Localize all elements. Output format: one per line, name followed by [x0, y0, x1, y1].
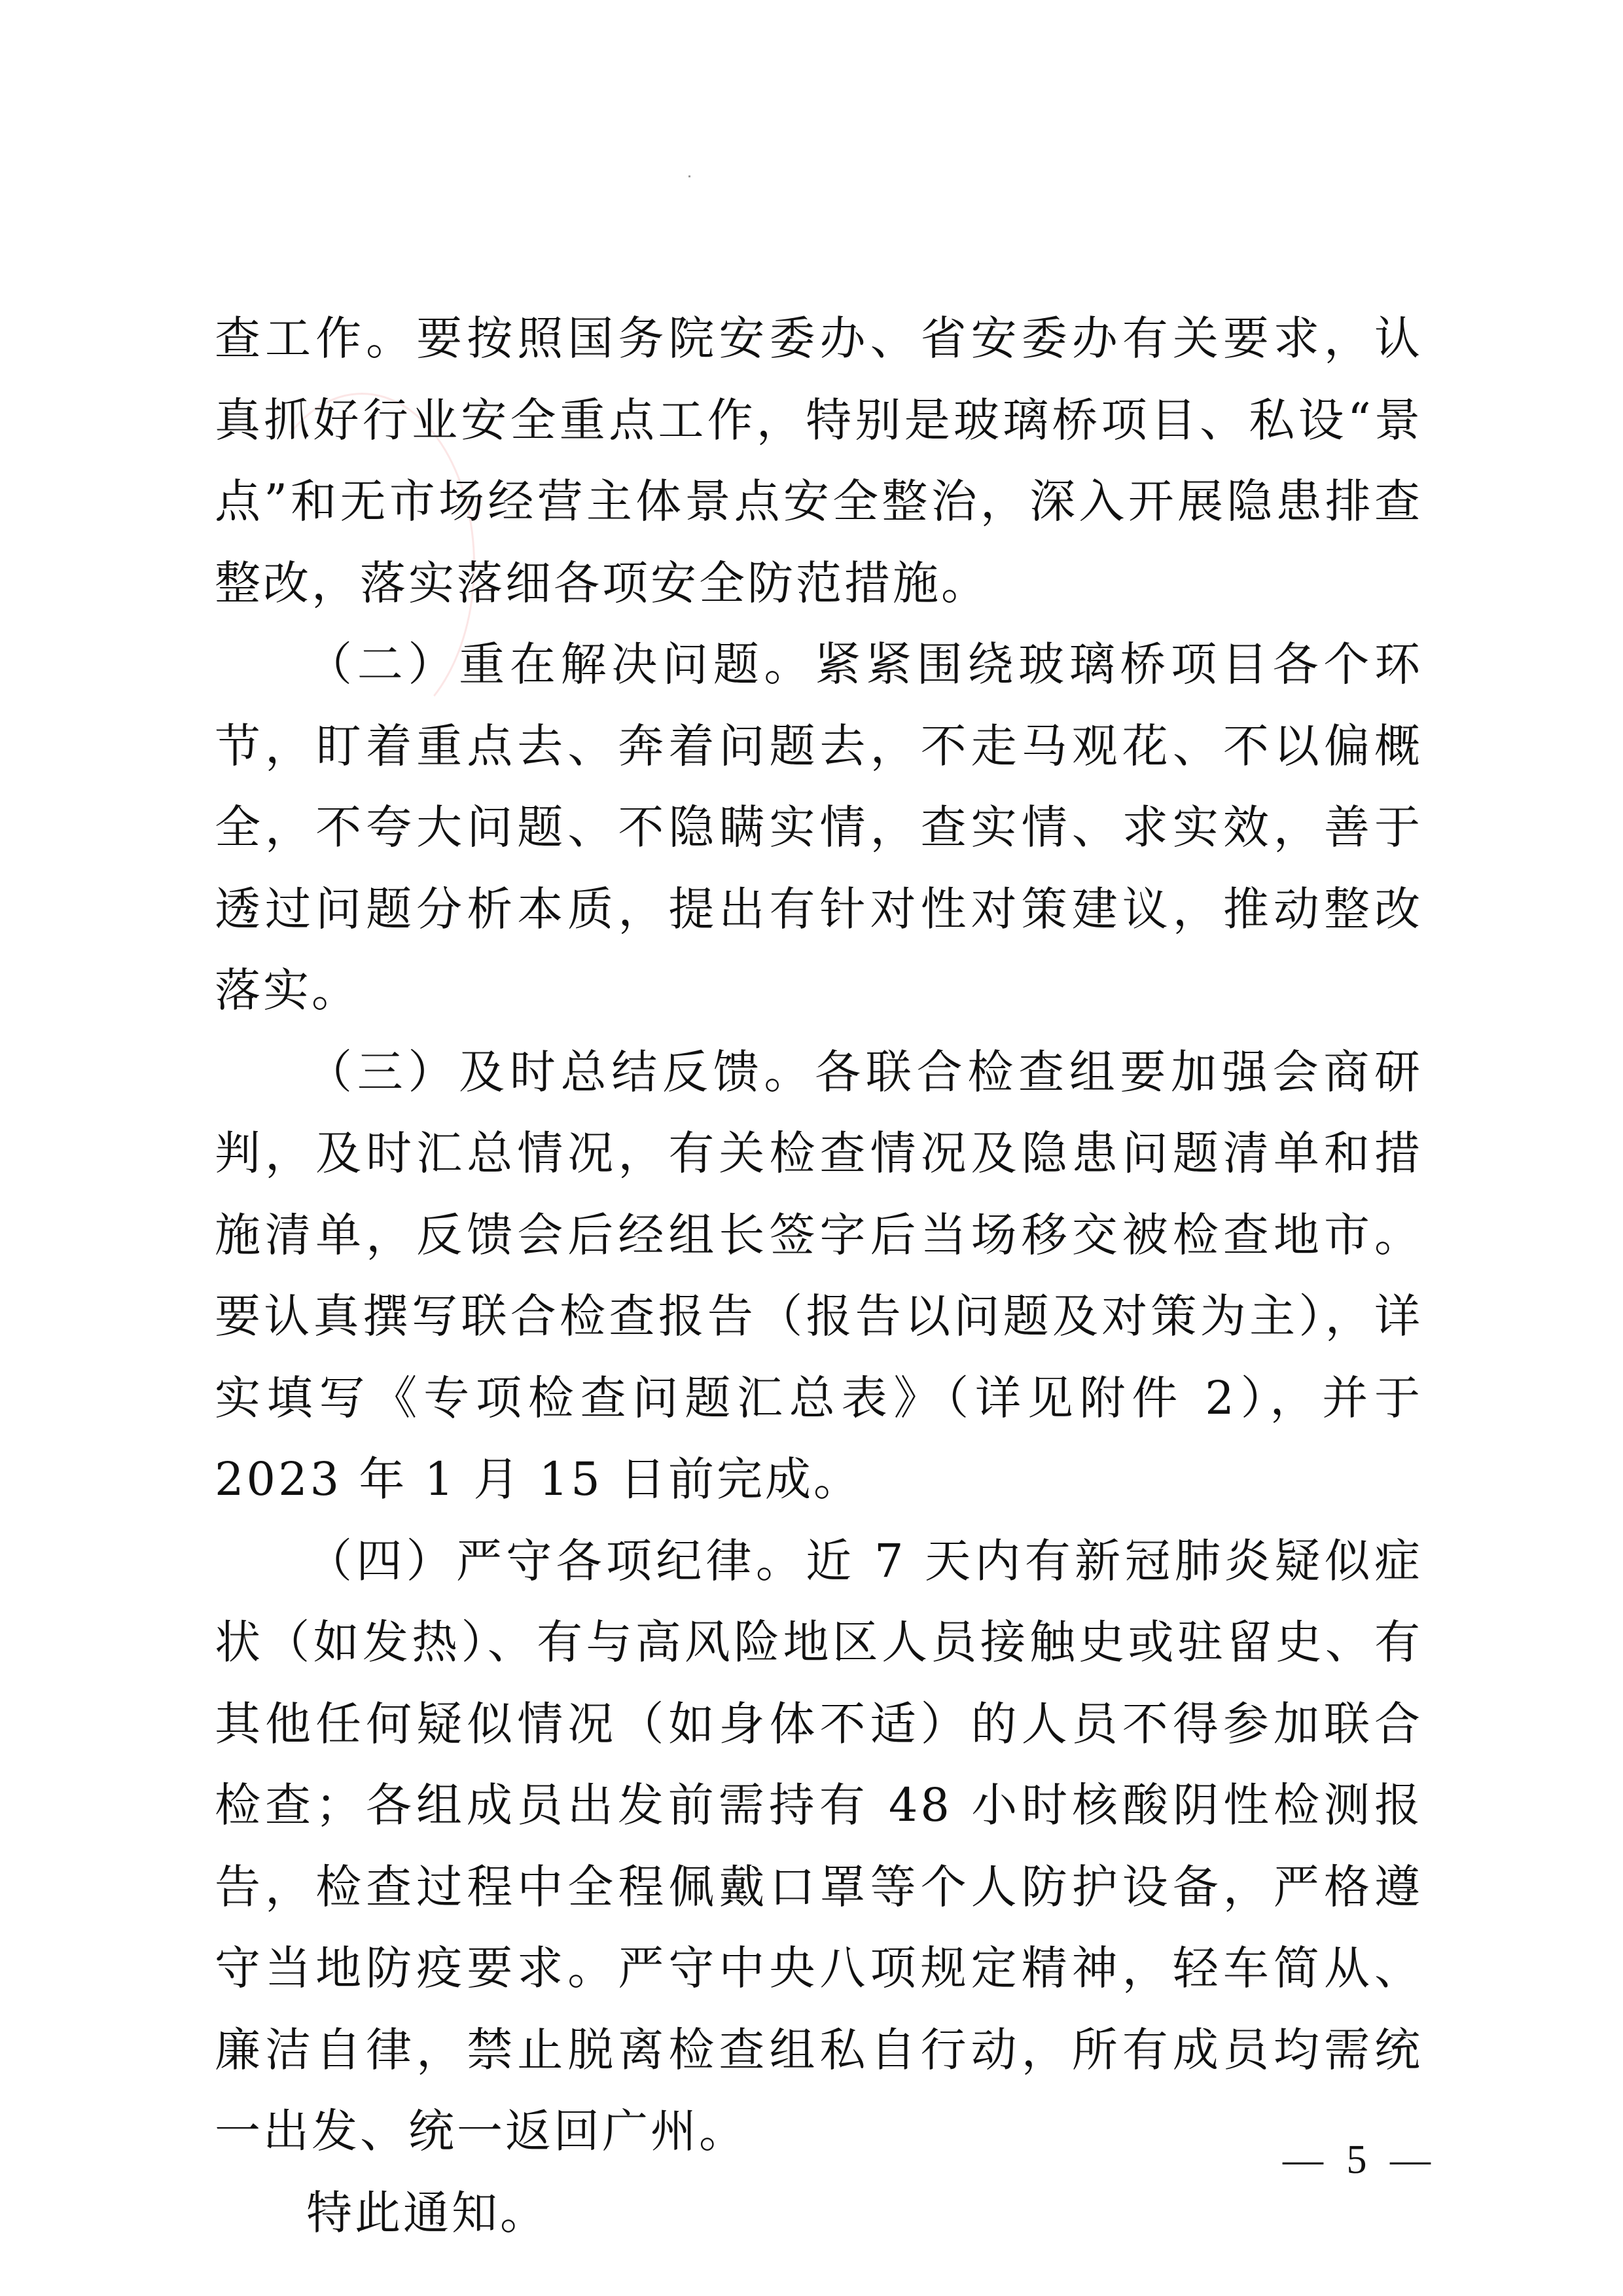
paragraph-section-3: （三）及时总结反馈。各联合检查组要加强会商研判，及时汇总情况，有关检查情况及隐患… [215, 1031, 1423, 1520]
closing-notice: 特此通知。 [215, 2172, 1423, 2254]
document-page: 查工作。要按照国务院安委办、省安委办有关要求，认真抓好行业安全重点工作，特别是玻… [0, 0, 1623, 2296]
paragraph-continuation: 查工作。要按照国务院安委办、省安委办有关要求，认真抓好行业安全重点工作，特别是玻… [215, 298, 1423, 624]
paragraph-section-4: （四）严守各项纪律。近 7 天内有新冠肺炎疑似症状（如发热）、有与高风险地区人员… [215, 1520, 1423, 2172]
document-body: 查工作。要按照国务院安委办、省安委办有关要求，认真抓好行业安全重点工作，特别是玻… [215, 298, 1423, 2253]
page-number: — 5 — [1283, 2137, 1437, 2183]
paragraph-section-2: （二）重在解决问题。紧紧围绕玻璃桥项目各个环节，盯着重点去、奔着问题去，不走马观… [215, 624, 1423, 1031]
scan-mark [688, 175, 690, 177]
